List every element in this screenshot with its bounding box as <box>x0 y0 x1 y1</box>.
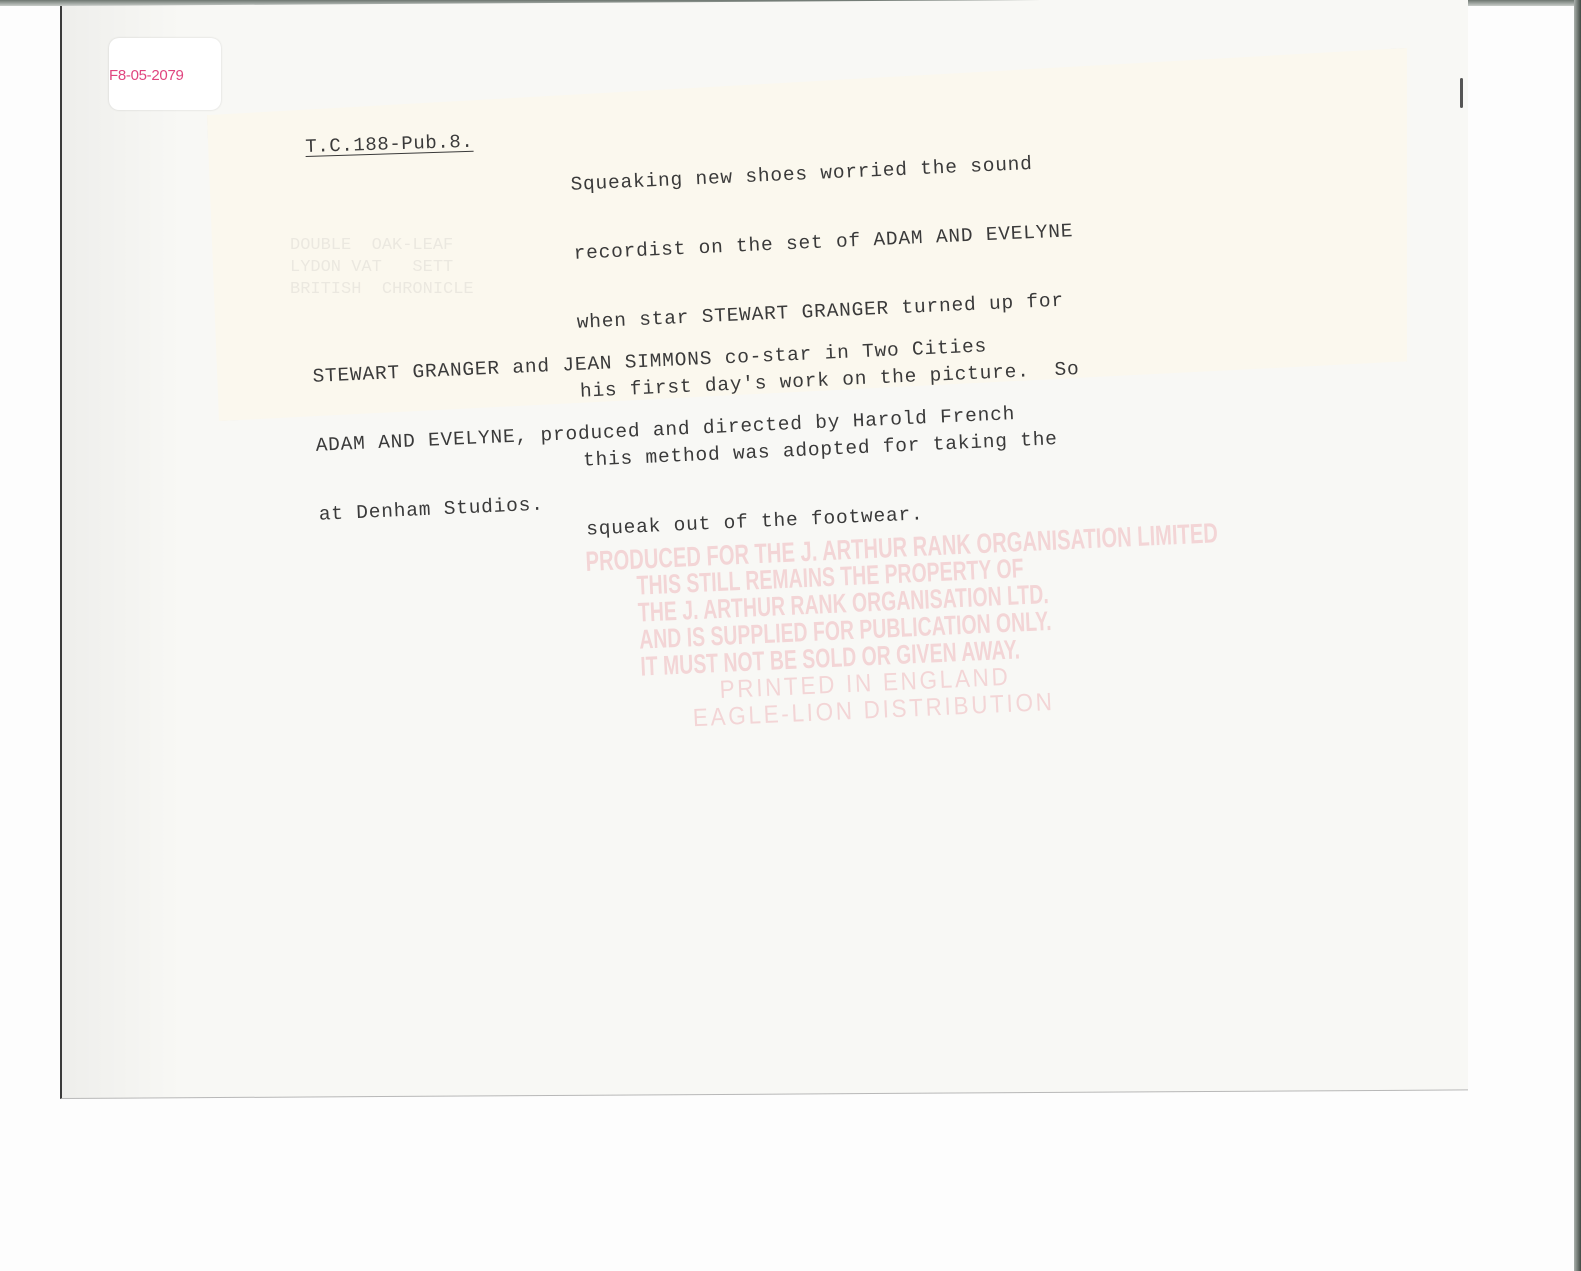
caption-line: recordist on the set of ADAM AND EVELYNE <box>573 220 1074 266</box>
caption-line: STEWART GRANGER and JEAN SIMMONS co-star… <box>312 334 1012 389</box>
catalog-label: F8-05-2079 <box>109 38 221 110</box>
paper-mark <box>1460 78 1463 108</box>
copyright-stamp: PRODUCED FOR THE J. ARTHUR RANK ORGANISA… <box>585 517 1273 737</box>
caption-line: at Denham Studios. <box>318 472 1018 527</box>
bleed-through-text: DOUBLE OAK-LEAF LYDON VAT SETT BRITISH C… <box>290 235 514 301</box>
caption-paragraph-2: STEWART GRANGER and JEAN SIMMONS co-star… <box>310 288 1020 550</box>
catalog-number: F8-05-2079 <box>109 67 184 84</box>
caption-line: Squeaking new shoes worried the sound <box>570 151 1071 197</box>
caption-line: ADAM AND EVELYNE, produced and directed … <box>315 403 1015 458</box>
scanner-right-edge <box>1574 0 1581 1271</box>
